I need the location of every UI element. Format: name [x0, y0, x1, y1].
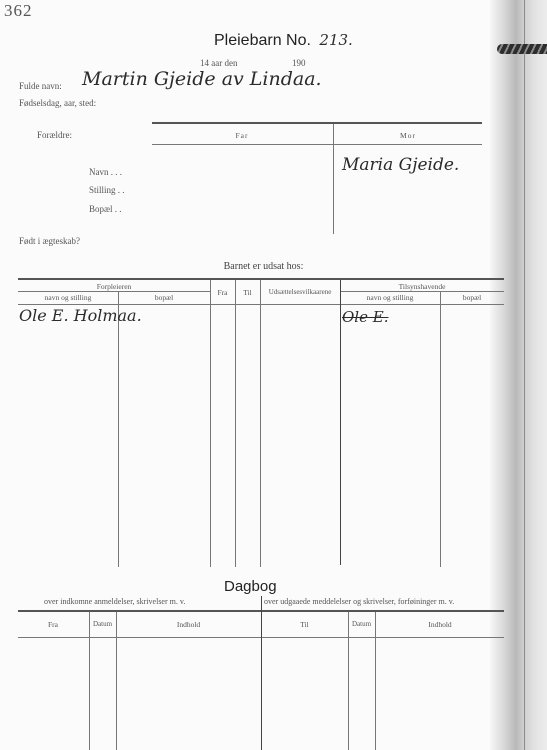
page-title: Pleiebarn No. 213.	[214, 31, 353, 50]
dagbog-center-divider	[261, 596, 262, 750]
col-fra: Fra	[210, 288, 235, 297]
col-divider-2	[210, 280, 211, 567]
col-divider-5	[340, 280, 341, 565]
col-divider-3	[235, 280, 236, 567]
date-line-prefix: 14 aar den	[200, 58, 237, 68]
dagbog-col-indhold-left: Indhold	[116, 620, 261, 629]
dagbog-divider-1	[89, 612, 90, 750]
dagbog-title: Dagbog	[224, 578, 277, 595]
binding-fold-line	[524, 0, 525, 750]
parents-divider	[333, 124, 334, 234]
placement-header-rule	[18, 304, 504, 305]
col-divider-1	[118, 292, 119, 567]
full-name-label: Fulde navn:	[19, 81, 62, 91]
col-divider-4	[260, 280, 261, 567]
col-vilkaar: Udsættelsesvilkaarene	[260, 288, 340, 296]
dagbog-col-fra: Fra	[18, 620, 88, 629]
supervisor-name: Ole E.	[342, 308, 388, 326]
dagbog-col-datum-left: Datum	[89, 620, 116, 628]
col-tilsyn-bopael: bopæl	[440, 293, 504, 302]
page-number: 362	[4, 1, 33, 21]
parents-header-rule	[152, 144, 482, 145]
foster-child-number: 213.	[319, 31, 352, 49]
dagbog-left-subtitle: over indkomne anmeldelser, skrivelser m.…	[44, 597, 185, 606]
parent-row-stilling-label: Stilling . .	[89, 185, 125, 195]
date-line-year: 190	[292, 58, 306, 68]
dagbog-divider-3	[348, 612, 349, 750]
column-far: Far	[152, 131, 332, 140]
col-bopael: bopæl	[118, 293, 210, 302]
dagbog-divider-4	[375, 612, 376, 750]
group-tilsynshavende: Tilsynshavende	[340, 282, 504, 291]
foster-parent-name: Ole E. Holmaa.	[19, 306, 142, 325]
born-in-wedlock-label: Født i ægteskab?	[19, 236, 80, 246]
full-name-value: Martin Gjeide av Lindaa.	[82, 68, 322, 90]
forpleieren-subrule	[18, 291, 210, 292]
parent-row-bopael-label: Bopæl . .	[89, 204, 122, 214]
dagbog-right-subtitle: over udgaaede meddelelser og skrivelser,…	[264, 597, 454, 606]
birth-label: Fødselsdag, aar, sted:	[19, 98, 96, 108]
dagbog-col-datum-right: Datum	[348, 620, 375, 628]
mother-name-value: Maria Gjeide.	[342, 155, 459, 175]
title-label: Pleiebarn No.	[214, 32, 311, 49]
placement-top-rule	[18, 278, 504, 280]
col-tilsyn-navn: navn og stilling	[340, 293, 440, 302]
dagbog-divider-2	[116, 612, 117, 750]
dagbog-col-indhold-right: Indhold	[376, 620, 504, 629]
column-mor: Mor	[333, 131, 483, 140]
dagbog-col-til: Til	[262, 620, 347, 629]
col-divider-6	[440, 292, 441, 567]
col-navn-og-stilling: navn og stilling	[18, 293, 118, 302]
placement-title: Barnet er udsat hos:	[0, 261, 547, 272]
col-til: Til	[235, 288, 260, 297]
group-forpleieren: Forpleieren	[18, 282, 210, 291]
parents-top-rule	[152, 122, 482, 124]
parent-row-navn-label: Navn . . .	[89, 167, 122, 177]
parents-label: Forældre:	[37, 130, 72, 140]
tilsyn-subrule	[340, 291, 504, 292]
binding-cord	[497, 44, 547, 54]
